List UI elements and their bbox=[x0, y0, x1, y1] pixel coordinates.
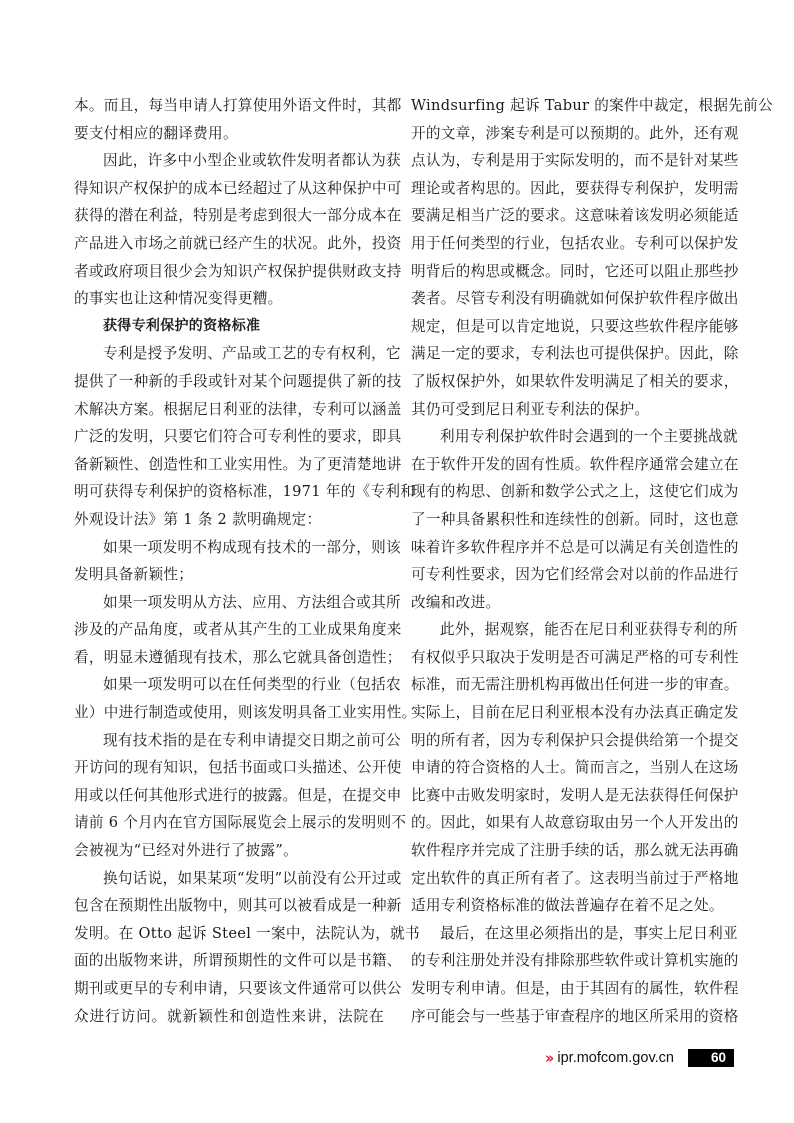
text-line: 用或以任何其他形式进行的披露。但是，在提交申 bbox=[74, 782, 384, 810]
text-line: 袭者。尽管专利没有明确就如何保护软件程序做出 bbox=[411, 285, 721, 313]
text-line: 现有技术指的是在专利申请提交日期之前可公 bbox=[74, 727, 384, 755]
text-line: 现有的构思、创新和数学公式之上，这使它们成为 bbox=[411, 478, 721, 506]
text-line: 了一种具备累积性和连续性的创新。同时，这也意 bbox=[411, 506, 721, 534]
right-column: Windsurfing 起诉 Tabur 的案件中裁定，根据先前公开的文章，涉案… bbox=[411, 92, 721, 1030]
text-line: 的专利注册处并没有排除那些软件或计算机实施的 bbox=[411, 947, 721, 975]
text-line: 提供了一种新的手段或针对某个问题提供了新的技 bbox=[74, 368, 384, 396]
text-line: 软件程序并完成了注册手续的话，那么就无法再确 bbox=[411, 837, 721, 865]
text-line: 此外，据观察，能否在尼日利亚获得专利的所 bbox=[411, 616, 721, 644]
text-line: 要满足相当广泛的要求。这意味着该发明必须能适 bbox=[411, 202, 721, 230]
text-line: 专利是授予发明、产品或工艺的专有权利，它 bbox=[74, 340, 384, 368]
text-line: 得知识产权保护的成本已经超过了从这种保护中可 bbox=[74, 175, 384, 203]
text-line: 发明。在 Otto 起诉 Steel 一案中，法院认为，就书 bbox=[74, 920, 384, 948]
text-line: 开访问的现有知识，包括书面或口头描述、公开使 bbox=[74, 754, 384, 782]
website-link[interactable]: ipr.mofcom.gov.cn bbox=[557, 1050, 674, 1066]
text-line: 如果一项发明从方法、应用、方法组合或其所 bbox=[74, 589, 384, 617]
text-line: 如果一项发明不构成现有技术的一部分，则该 bbox=[74, 534, 384, 562]
text-line: 定出软件的真正所有者了。这表明当前过于严格地 bbox=[411, 865, 721, 893]
text-line: 理论或者构思的。因此，要获得专利保护，发明需 bbox=[411, 175, 721, 203]
text-line: 点认为，专利是用于实际发明的，而不是针对某些 bbox=[411, 147, 721, 175]
text-line: 因此，许多中小型企业或软件发明者都认为获 bbox=[74, 147, 384, 175]
text-line: 外观设计法》第 1 条 2 款明确规定： bbox=[74, 506, 384, 534]
text-line: 开的文章，涉案专利是可以预期的。此外，还有观 bbox=[411, 120, 721, 148]
text-line: 的事实也让这种情况变得更糟。 bbox=[74, 285, 384, 313]
left-column: 本。而且，每当申请人打算使用外语文件时，其都要支付相应的翻译费用。因此，许多中小… bbox=[74, 92, 384, 1030]
text-line: 利用专利保护软件时会遇到的一个主要挑战就 bbox=[411, 423, 721, 451]
text-line: 发明具备新颖性； bbox=[74, 561, 384, 589]
text-line: 的。因此，如果有人故意窃取由另一个人开发出的 bbox=[411, 809, 721, 837]
text-line: 备新颖性、创造性和工业实用性。为了更清楚地讲 bbox=[74, 451, 384, 479]
text-line: 规定，但是可以肯定地说，只要这些软件程序能够 bbox=[411, 313, 721, 341]
text-line: 业）中进行制造或使用，则该发明具备工业实用性。 bbox=[74, 699, 384, 727]
text-line: 味着许多软件程序并不总是可以满足有关创造性的 bbox=[411, 534, 721, 562]
section-heading: 获得专利保护的资格标准 bbox=[74, 313, 384, 341]
text-line: 其仍可受到尼日利亚专利法的保护。 bbox=[411, 396, 721, 424]
text-line: 标准，而无需注册机构再做出任何进一步的审查。 bbox=[411, 671, 721, 699]
text-line: 在于软件开发的固有性质。软件程序通常会建立在 bbox=[411, 451, 721, 479]
text-line: 序可能会与一些基于审查程序的地区所采用的资格 bbox=[411, 1003, 721, 1031]
text-line: 满足一定的要求，专利法也可提供保护。因此，除 bbox=[411, 340, 721, 368]
text-line: 换句话说，如果某项“发明”以前没有公开过或 bbox=[74, 865, 384, 893]
text-line: 期刊或更早的专利申请，只要该文件通常可以供公 bbox=[74, 975, 384, 1003]
text-line: 广泛的发明，只要它们符合可专利性的要求，即具 bbox=[74, 423, 384, 451]
text-line: 明背后的构思或概念。同时，它还可以阻止那些抄 bbox=[411, 258, 721, 286]
text-line: 发明专利申请。但是，由于其固有的属性，软件程 bbox=[411, 975, 721, 1003]
text-line: 面的出版物来讲，所谓预期性的文件可以是书籍、 bbox=[74, 947, 384, 975]
text-line: 适用专利资格标准的做法普遍存在着不足之处。 bbox=[411, 892, 721, 920]
text-line: 最后，在这里必须指出的是，事实上尼日利亚 bbox=[411, 920, 721, 948]
text-line: 有权似乎只取决于发明是否可满足严格的可专利性 bbox=[411, 644, 721, 672]
text-line: 产品进入市场之前就已经产生的状况。此外，投资 bbox=[74, 230, 384, 258]
text-line: 请前 6 个月内在官方国际展览会上展示的发明则不 bbox=[74, 809, 384, 837]
text-line: 申请的符合资格的人士。简而言之，当别人在这场 bbox=[411, 754, 721, 782]
double-chevron-right-icon: ›› bbox=[545, 1049, 551, 1067]
text-line: 会被视为“已经对外进行了披露”。 bbox=[74, 837, 384, 865]
text-line: 可专利性要求，因为它们经常会对以前的作品进行 bbox=[411, 561, 721, 589]
text-line: 改编和改进。 bbox=[411, 589, 721, 617]
text-line: 明的所有者，因为专利保护只会提供给第一个提交 bbox=[411, 727, 721, 755]
text-line: 明可获得专利保护的资格标准，1971 年的《专利和 bbox=[74, 478, 384, 506]
text-line: 获得的潜在利益，特别是考虑到很大一部分成本在 bbox=[74, 202, 384, 230]
text-line: Windsurfing 起诉 Tabur 的案件中裁定，根据先前公 bbox=[411, 92, 721, 120]
text-line: 者或政府项目很少会为知识产权保护提供财政支持 bbox=[74, 258, 384, 286]
text-line: 了版权保护外，如果软件发明满足了相关的要求， bbox=[411, 368, 721, 396]
text-line: 比赛中击败发明家时，发明人是无法获得任何保护 bbox=[411, 782, 721, 810]
page-number: 60 bbox=[688, 1049, 734, 1067]
text-line: 术解决方案。根据尼日利亚的法律，专利可以涵盖 bbox=[74, 396, 384, 424]
page-footer: ›› ipr.mofcom.gov.cn 60 bbox=[545, 1048, 734, 1068]
text-line: 要支付相应的翻译费用。 bbox=[74, 120, 384, 148]
text-line: 用于任何类型的行业，包括农业。专利可以保护发 bbox=[411, 230, 721, 258]
text-line: 实际上，目前在尼日利亚根本没有办法真正确定发 bbox=[411, 699, 721, 727]
text-line: 看，明显未遵循现有技术，那么它就具备创造性； bbox=[74, 644, 384, 672]
text-line: 涉及的产品角度，或者从其产生的工业成果角度来 bbox=[74, 616, 384, 644]
text-line: 众进行访问。就新颖性和创造性来讲，法院在 bbox=[74, 1003, 384, 1031]
text-line: 如果一项发明可以在任何类型的行业（包括农 bbox=[74, 671, 384, 699]
text-line: 本。而且，每当申请人打算使用外语文件时，其都 bbox=[74, 92, 384, 120]
text-line: 包含在预期性出版物中，则其可以被看成是一种新 bbox=[74, 892, 384, 920]
